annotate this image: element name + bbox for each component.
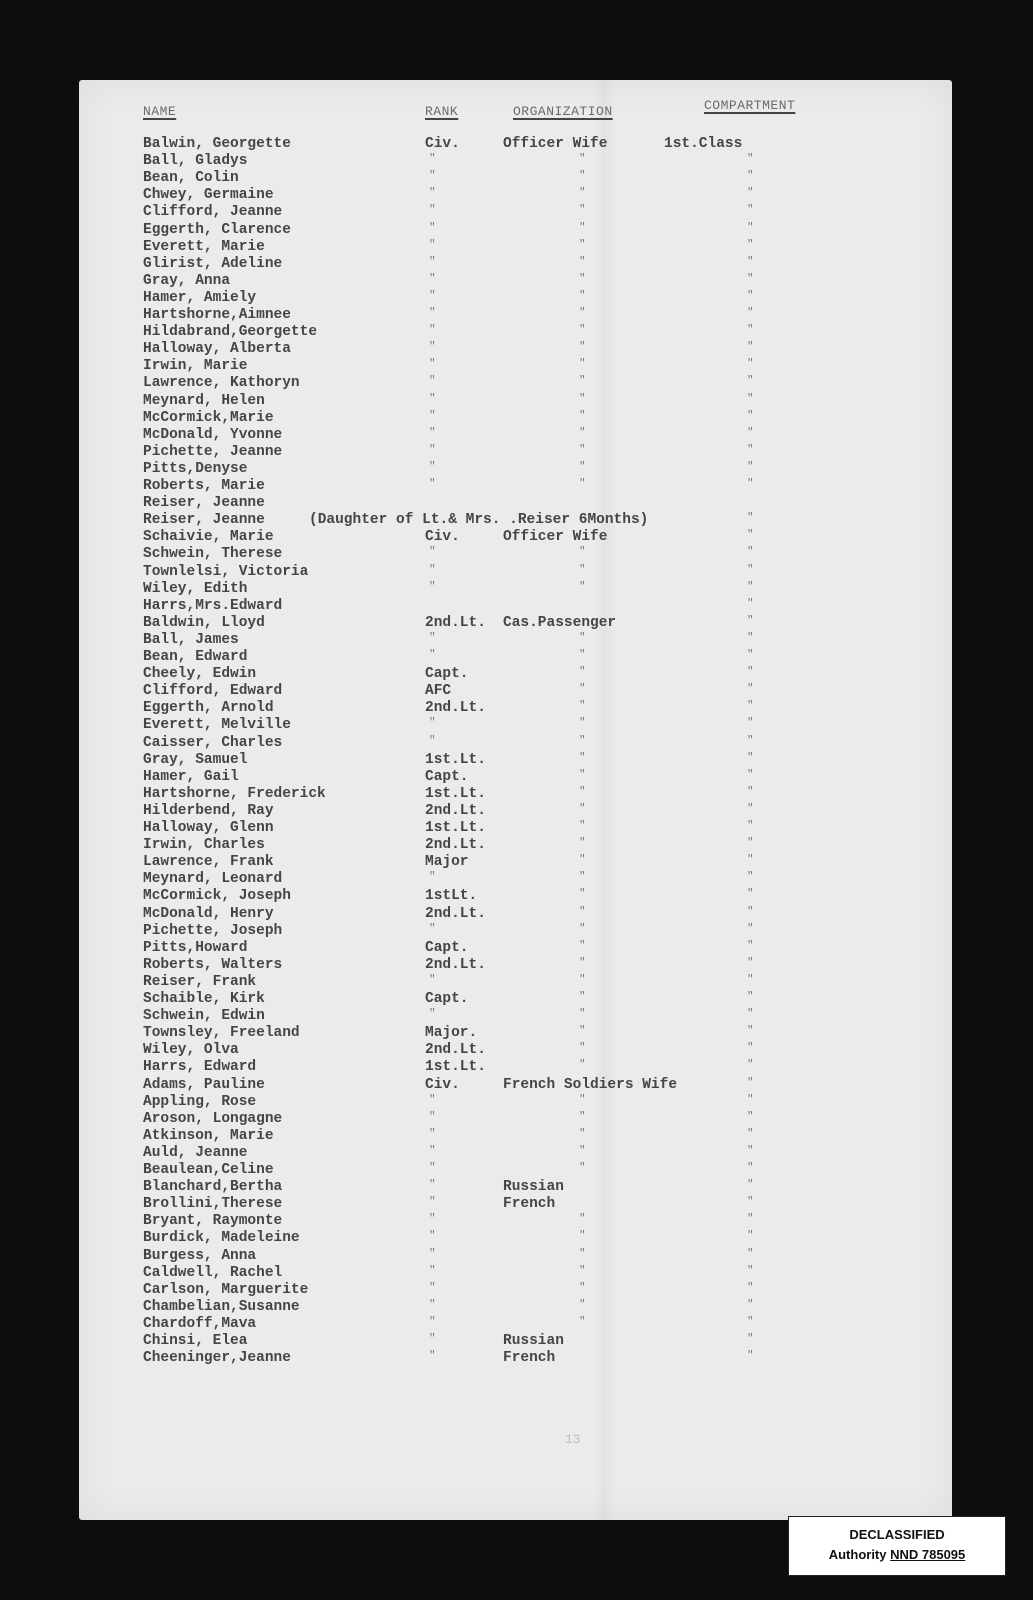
table-row: Pichette, Jeanne""" (79, 444, 952, 461)
document-page: NAME RANK ORGANIZATION COMPARTMENT Balwi… (79, 80, 952, 1520)
compartment-cell: " (747, 769, 754, 781)
name-cell: Balwin, Georgette (143, 136, 291, 152)
organization-cell: " (579, 427, 586, 439)
organization-cell: " (579, 923, 586, 935)
rank-cell: " (429, 1213, 436, 1225)
organization-cell: " (579, 410, 586, 422)
compartment-cell: " (747, 1042, 754, 1054)
name-cell: Cheely, Edwin (143, 666, 256, 682)
organization-cell: " (579, 204, 586, 216)
rank-cell: " (429, 324, 436, 336)
organization-cell: Officer Wife (503, 529, 607, 545)
stamp-authority: Authority NND 785095 (789, 1547, 1005, 1562)
table-row: Bean, Colin""" (79, 170, 952, 187)
table-row: Pitts,HowardCapt."" (79, 940, 952, 957)
name-cell: Clifford, Jeanne (143, 204, 282, 220)
table-row: Lawrence, Kathoryn""" (79, 375, 952, 392)
table-row: Schwein, Edwin""" (79, 1008, 952, 1025)
table-row: Cheeninger,Jeanne"French" (79, 1350, 952, 1367)
compartment-cell: " (747, 256, 754, 268)
organization-cell: " (579, 444, 586, 456)
organization-cell: " (579, 393, 586, 405)
name-cell: Pichette, Joseph (143, 923, 282, 939)
compartment-cell: " (747, 991, 754, 1003)
rank-cell: 1st.Lt. (425, 820, 486, 836)
rank-cell: " (429, 581, 436, 593)
organization-cell: " (579, 820, 586, 832)
rank-cell: " (429, 1111, 436, 1123)
compartment-cell: " (747, 1059, 754, 1071)
name-cell: Eggerth, Arnold (143, 700, 274, 716)
name-cell: Roberts, Marie (143, 478, 265, 494)
compartment-cell: " (747, 598, 754, 610)
organization-cell: " (579, 187, 586, 199)
organization-cell: " (579, 906, 586, 918)
rank-cell: Major. (425, 1025, 477, 1041)
rank-cell: " (429, 974, 436, 986)
name-cell: Schaivie, Marie (143, 529, 274, 545)
rank-cell: 2nd.Lt. (425, 700, 486, 716)
organization-cell: " (579, 854, 586, 866)
rank-cell: " (429, 187, 436, 199)
name-cell: Wiley, Edith (143, 581, 247, 597)
organization-cell: " (579, 1248, 586, 1260)
compartment-cell: " (747, 1128, 754, 1140)
name-cell: Clifford, Edward (143, 683, 282, 699)
name-cell: McDonald, Yvonne (143, 427, 282, 443)
rank-cell: " (429, 1265, 436, 1277)
rank-cell: " (429, 170, 436, 182)
name-cell: Reiser, Frank (143, 974, 256, 990)
name-cell: Cheeninger,Jeanne (143, 1350, 291, 1366)
table-row: Eggerth, Arnold2nd.Lt."" (79, 700, 952, 717)
rank-cell: " (429, 204, 436, 216)
table-row: Blanchard,Bertha"Russian" (79, 1179, 952, 1196)
name-cell: Lawrence, Kathoryn (143, 375, 300, 391)
name-cell: McCormick,Marie (143, 410, 274, 426)
table-row: Hamer, GailCapt."" (79, 769, 952, 786)
organization-cell: French (503, 1196, 555, 1212)
name-cell: Meynard, Leonard (143, 871, 282, 887)
compartment-cell: " (747, 683, 754, 695)
name-cell: Everett, Marie (143, 239, 265, 255)
organization-cell: " (579, 1042, 586, 1054)
table-row: Clifford, Jeanne""" (79, 204, 952, 221)
compartment-cell: " (747, 888, 754, 900)
organization-cell: " (579, 239, 586, 251)
rank-cell: " (429, 546, 436, 558)
rank-cell: " (429, 923, 436, 935)
name-cell: Brollini,Therese (143, 1196, 282, 1212)
rank-cell: Capt. (425, 666, 469, 682)
organization-cell: " (579, 1094, 586, 1106)
table-row: Bryant, Raymonte""" (79, 1213, 952, 1230)
organization-cell: " (579, 632, 586, 644)
rank-cell: 2nd.Lt. (425, 803, 486, 819)
compartment-cell: 1st.Class (664, 136, 742, 152)
organization-cell: " (579, 290, 586, 302)
table-row: Baldwin, Lloyd2nd.Lt.Cas.Passenger" (79, 615, 952, 632)
table-row: Roberts, Marie""" (79, 478, 952, 495)
compartment-cell: " (747, 1213, 754, 1225)
stamp-authority-label: Authority (829, 1547, 890, 1562)
name-cell: Meynard, Helen (143, 393, 265, 409)
rank-cell: " (429, 358, 436, 370)
rank-cell: 1st.Lt. (425, 752, 486, 768)
rank-cell: Civ. (425, 1077, 460, 1093)
rank-cell: " (429, 307, 436, 319)
compartment-cell: " (747, 324, 754, 336)
organization-cell: " (579, 358, 586, 370)
rank-cell: " (429, 1333, 436, 1345)
rank-cell: " (429, 1094, 436, 1106)
table-row: Pichette, Joseph""" (79, 923, 952, 940)
rank-cell: " (429, 1316, 436, 1328)
organization-cell: " (579, 273, 586, 285)
table-row: Caldwell, Rachel""" (79, 1265, 952, 1282)
table-row: Atkinson, Marie""" (79, 1128, 952, 1145)
name-cell: Gray, Anna (143, 273, 230, 289)
compartment-cell: " (747, 974, 754, 986)
organization-cell: " (579, 837, 586, 849)
table-row: Townsley, FreelandMajor."" (79, 1025, 952, 1042)
table-row: Carlson, Marguerite""" (79, 1282, 952, 1299)
rank-cell: 1st.Lt. (425, 1059, 486, 1075)
rank-cell: " (429, 1248, 436, 1260)
compartment-cell: " (747, 307, 754, 319)
organization-cell: " (579, 888, 586, 900)
name-cell: Glirist, Adeline (143, 256, 282, 272)
rank-cell: " (429, 632, 436, 644)
table-row: Gray, Samuel1st.Lt."" (79, 752, 952, 769)
compartment-cell: " (747, 290, 754, 302)
name-cell: Chambelian,Susanne (143, 1299, 300, 1315)
rank-cell: 1stLt. (425, 888, 477, 904)
compartment-cell: " (747, 1008, 754, 1020)
compartment-cell: " (747, 358, 754, 370)
organization-cell: " (579, 974, 586, 986)
table-row: Meynard, Helen""" (79, 393, 952, 410)
table-row: Schwein, Therese""" (79, 546, 952, 563)
name-cell: Irwin, Marie (143, 358, 247, 374)
name-cell: Hartshorne,Aimnee (143, 307, 291, 323)
compartment-cell: " (747, 837, 754, 849)
rank-cell: " (429, 478, 436, 490)
compartment-cell: " (747, 393, 754, 405)
organization-cell: " (579, 786, 586, 798)
table-row: Harrs, Edward1st.Lt."" (79, 1059, 952, 1076)
compartment-cell: " (747, 786, 754, 798)
table-row: Halloway, Alberta""" (79, 341, 952, 358)
name-cell: Bean, Colin (143, 170, 239, 186)
stamp-title: DECLASSIFIED (789, 1527, 1005, 1542)
rank-cell: " (429, 564, 436, 576)
table-row: McCormick, Joseph1stLt."" (79, 888, 952, 905)
organization-cell: " (579, 1008, 586, 1020)
organization-cell: " (579, 461, 586, 473)
organization-cell: Cas.Passenger (503, 615, 616, 631)
compartment-cell: " (747, 239, 754, 251)
organization-cell: Russian (503, 1179, 564, 1195)
rank-cell: " (429, 375, 436, 387)
organization-cell: " (579, 1111, 586, 1123)
organization-cell: " (579, 735, 586, 747)
name-cell: Wiley, Olva (143, 1042, 239, 1058)
name-cell: Ball, Gladys (143, 153, 247, 169)
organization-cell: " (579, 803, 586, 815)
organization-cell: " (579, 940, 586, 952)
compartment-cell: " (747, 341, 754, 353)
name-cell: Carlson, Marguerite (143, 1282, 308, 1298)
compartment-cell: " (747, 427, 754, 439)
rank-cell: " (429, 1350, 436, 1362)
organization-cell: " (579, 1162, 586, 1174)
organization-cell: French Soldiers Wife (503, 1077, 677, 1093)
compartment-cell: " (747, 717, 754, 729)
organization-cell: " (579, 1282, 586, 1294)
table-row: Schaible, KirkCapt."" (79, 991, 952, 1008)
compartment-cell: " (747, 1162, 754, 1174)
name-cell: Hamer, Amiely (143, 290, 256, 306)
rank-cell: " (429, 649, 436, 661)
rank-cell: Major (425, 854, 469, 870)
name-cell: Halloway, Alberta (143, 341, 291, 357)
rank-cell: 2nd.Lt. (425, 837, 486, 853)
rank-cell: 2nd.Lt. (425, 615, 486, 631)
table-row: Harrs,Mrs.Edward" (79, 598, 952, 615)
rank-cell: AFC (425, 683, 451, 699)
rank-cell: 2nd.Lt. (425, 957, 486, 973)
table-row: Halloway, Glenn1st.Lt."" (79, 820, 952, 837)
organization-cell: " (579, 752, 586, 764)
name-cell: Schwein, Edwin (143, 1008, 265, 1024)
name-cell: Schaible, Kirk (143, 991, 265, 1007)
compartment-cell: " (747, 803, 754, 815)
name-cell: Chwey, Germaine (143, 187, 274, 203)
name-cell: Pichette, Jeanne (143, 444, 282, 460)
name-cell: Blanchard,Bertha (143, 1179, 282, 1195)
organization-cell: " (579, 1265, 586, 1277)
organization-cell: " (579, 375, 586, 387)
organization-cell: French (503, 1350, 555, 1366)
header-name: NAME (143, 104, 176, 119)
compartment-cell: " (747, 546, 754, 558)
name-cell: Harrs, Edward (143, 1059, 256, 1075)
table-row: Ball, James""" (79, 632, 952, 649)
compartment-cell: " (747, 204, 754, 216)
rank-cell: " (429, 1145, 436, 1157)
rank-cell: " (429, 222, 436, 234)
rank-cell: 1st.Lt. (425, 786, 486, 802)
rank-cell: " (429, 273, 436, 285)
compartment-cell: " (747, 1196, 754, 1208)
name-cell: Chinsi, Elea (143, 1333, 247, 1349)
compartment-cell: " (747, 1111, 754, 1123)
organization-cell: " (579, 666, 586, 678)
compartment-cell: " (747, 153, 754, 165)
compartment-cell: " (747, 375, 754, 387)
name-cell: Hilderbend, Ray (143, 803, 274, 819)
compartment-cell: " (747, 529, 754, 541)
table-row: Hamer, Amiely""" (79, 290, 952, 307)
compartment-cell: " (747, 923, 754, 935)
organization-cell: " (579, 307, 586, 319)
rank-cell: " (429, 239, 436, 251)
compartment-cell: " (747, 581, 754, 593)
name-cell: Auld, Jeanne (143, 1145, 247, 1161)
table-row: Appling, Rose""" (79, 1094, 952, 1111)
name-cell: Townlelsi, Victoria (143, 564, 308, 580)
declassified-stamp: DECLASSIFIED Authority NND 785095 (788, 1516, 1006, 1576)
name-cell: Burgess, Anna (143, 1248, 256, 1264)
name-cell: McDonald, Henry (143, 906, 274, 922)
table-row: Ball, Gladys""" (79, 153, 952, 170)
name-cell: Schwein, Therese (143, 546, 282, 562)
rank-cell: " (429, 290, 436, 302)
name-cell: Everett, Melville (143, 717, 291, 733)
table-row: Hartshorne,Aimnee""" (79, 307, 952, 324)
table-row: Burdick, Madeleine""" (79, 1230, 952, 1247)
organization-cell: " (579, 341, 586, 353)
name-cell: Pitts,Denyse (143, 461, 247, 477)
compartment-cell: " (747, 222, 754, 234)
compartment-cell: " (747, 1350, 754, 1362)
header-compartment: COMPARTMENT (704, 98, 795, 113)
name-cell: Adams, Pauline (143, 1077, 265, 1093)
organization-cell: " (579, 700, 586, 712)
compartment-cell: " (747, 1179, 754, 1191)
rank-cell: " (429, 256, 436, 268)
organization-cell: " (579, 1213, 586, 1225)
name-cell: Gray, Samuel (143, 752, 247, 768)
name-cell: Irwin, Charles (143, 837, 265, 853)
rank-cell: " (429, 1282, 436, 1294)
table-row: Roberts, Walters2nd.Lt."" (79, 957, 952, 974)
compartment-cell: " (747, 615, 754, 627)
table-row: Adams, PaulineCiv.French Soldiers Wife" (79, 1077, 952, 1094)
table-row: Pitts,Denyse""" (79, 461, 952, 478)
table-row: Wiley, Olva2nd.Lt."" (79, 1042, 952, 1059)
compartment-cell: " (747, 478, 754, 490)
compartment-cell: " (747, 906, 754, 918)
rank-cell: 2nd.Lt. (425, 906, 486, 922)
compartment-cell: " (747, 820, 754, 832)
rank-cell: 2nd.Lt. (425, 1042, 486, 1058)
rank-cell: Civ. (425, 136, 460, 152)
name-cell: Hartshorne, Frederick (143, 786, 326, 802)
organization-cell: " (579, 1025, 586, 1037)
name-cell: Eggerth, Clarence (143, 222, 291, 238)
organization-cell: " (579, 717, 586, 729)
compartment-cell: " (747, 410, 754, 422)
table-row: Everett, Melville""" (79, 717, 952, 734)
name-cell: Atkinson, Marie (143, 1128, 274, 1144)
rank-cell: " (429, 410, 436, 422)
compartment-cell: " (747, 940, 754, 952)
table-row: Glirist, Adeline""" (79, 256, 952, 273)
name-cell: Halloway, Glenn (143, 820, 274, 836)
name-cell: Burdick, Madeleine (143, 1230, 300, 1246)
rank-cell: " (429, 444, 436, 456)
compartment-cell: " (747, 444, 754, 456)
table-row: Hartshorne, Frederick1st.Lt."" (79, 786, 952, 803)
name-cell: Chardoff,Mava (143, 1316, 256, 1332)
compartment-cell: " (747, 187, 754, 199)
name-cell: Roberts, Walters (143, 957, 282, 973)
table-row: Wiley, Edith""" (79, 581, 952, 598)
compartment-cell: " (747, 1094, 754, 1106)
organization-cell: " (579, 1059, 586, 1071)
organization-cell: " (579, 649, 586, 661)
compartment-cell: " (747, 461, 754, 473)
header-rank: RANK (425, 104, 458, 119)
rank-cell: Capt. (425, 769, 469, 785)
organization-cell: " (579, 256, 586, 268)
rank-cell: " (429, 1162, 436, 1174)
rank-cell: " (429, 1128, 436, 1140)
table-row: Chambelian,Susanne""" (79, 1299, 952, 1316)
name-cell: Beaulean,Celine (143, 1162, 274, 1178)
rank-cell: " (429, 461, 436, 473)
organization-cell: " (579, 1299, 586, 1311)
table-row: Auld, Jeanne""" (79, 1145, 952, 1162)
organization-cell: " (579, 564, 586, 576)
name-cell: Hamer, Gail (143, 769, 239, 785)
organization-cell: " (579, 324, 586, 336)
compartment-cell: " (747, 1145, 754, 1157)
name-cell: Pitts,Howard (143, 940, 247, 956)
table-row: Caisser, Charles""" (79, 735, 952, 752)
compartment-cell: " (747, 273, 754, 285)
name-cell: Caldwell, Rachel (143, 1265, 282, 1281)
name-cell: Harrs,Mrs.Edward (143, 598, 282, 614)
table-row: Bean, Edward""" (79, 649, 952, 666)
table-row: Balwin, GeorgetteCiv.Officer Wife1st.Cla… (79, 136, 952, 153)
organization-cell: " (579, 957, 586, 969)
organization-cell: " (579, 1230, 586, 1242)
name-cell: Reiser, Jeanne (143, 495, 265, 511)
organization-cell: " (579, 683, 586, 695)
compartment-cell: " (747, 1230, 754, 1242)
rank-cell: " (429, 1008, 436, 1020)
organization-cell: " (579, 581, 586, 593)
organization-cell: Russian (503, 1333, 564, 1349)
name-cell: Caisser, Charles (143, 735, 282, 751)
compartment-cell: " (747, 854, 754, 866)
table-row: McDonald, Henry2nd.Lt."" (79, 906, 952, 923)
table-row: Hilderbend, Ray2nd.Lt."" (79, 803, 952, 820)
name-cell: Reiser, Jeanne (143, 512, 265, 528)
name-cell: Hildabrand,Georgette (143, 324, 317, 340)
organization-cell: " (579, 1145, 586, 1157)
table-row: Beaulean,Celine""" (79, 1162, 952, 1179)
rank-cell: " (429, 1230, 436, 1242)
compartment-cell: " (747, 1248, 754, 1260)
table-row: McDonald, Yvonne""" (79, 427, 952, 444)
name-cell: Ball, James (143, 632, 239, 648)
table-row: Irwin, Charles2nd.Lt."" (79, 837, 952, 854)
table-row: Hildabrand,Georgette""" (79, 324, 952, 341)
compartment-cell: " (747, 649, 754, 661)
name-cell: McCormick, Joseph (143, 888, 291, 904)
table-row: Burgess, Anna""" (79, 1248, 952, 1265)
name-cell: Lawrence, Frank (143, 854, 274, 870)
compartment-cell: " (747, 1077, 754, 1089)
compartment-cell: " (747, 170, 754, 182)
compartment-cell: " (747, 871, 754, 883)
table-row: Reiser, Jeanne"(Daughter of Lt.& Mrs. .R… (79, 512, 952, 529)
organization-cell: Officer Wife (503, 136, 607, 152)
